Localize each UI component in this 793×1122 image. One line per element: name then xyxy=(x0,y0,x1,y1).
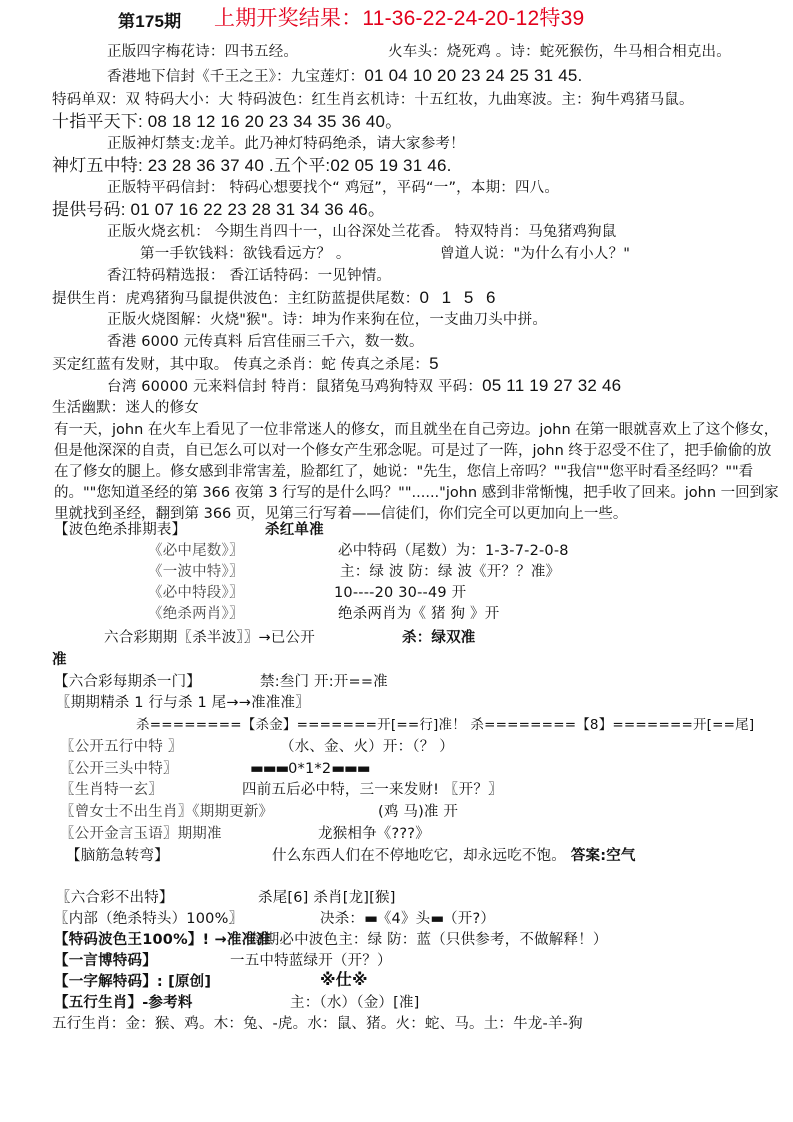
wave-row-label: 《绝杀两肖》〗 xyxy=(148,604,244,624)
plum-poem: 正版四字梅花诗：四书五经。 xyxy=(107,42,298,62)
wave-table-title: 【波色绝杀排期表】 xyxy=(54,520,186,540)
last-result-label: 上期开奖结果： xyxy=(214,7,362,30)
block-bars-icon: ▬▬▬ xyxy=(250,761,288,777)
wave-row-value: 10----20 30--49 开 xyxy=(334,583,466,603)
kill-door-label: 【六合彩每期杀一门】 xyxy=(54,672,201,692)
public-label: 〖公开金言玉语〗期期准 xyxy=(60,824,222,844)
kill-half-verdict-tail: 准 xyxy=(52,650,67,670)
inside-label: 〖内部（绝杀特头）100%〗 xyxy=(54,909,243,929)
public-value: 四前五后必中特，三一来发财! 〖开？〗 xyxy=(242,780,503,800)
ten-fingers-label: 十指平天下: xyxy=(52,112,143,131)
ten-fingers: 十指平天下: 08 18 12 16 20 23 34 35 36 40。 xyxy=(52,112,402,133)
last-result: 上期开奖结果：11-36-22-24-20-12特39 xyxy=(214,9,584,29)
public-label: 〖生肖特一玄〗 xyxy=(60,780,163,800)
fire-mystery: 正版火烧玄机： 今期生肖四十一，山谷深处兰花香。 特双特肖：马兔猪鸡狗鼠 xyxy=(107,222,616,242)
public-value: (鸡 马)准 开 xyxy=(378,802,458,822)
special-attributes: 特码单双：双 特码大小：大 特码波色：红生肖玄机诗：十五红妆，九曲寒波。主：狗牛… xyxy=(52,90,694,110)
no-special-label: 〖六合彩不出特】 xyxy=(56,888,174,908)
hk-envelope-label: 香港地下信封《千王之王》：九宝莲灯： xyxy=(107,69,364,85)
kill-row-value: 杀========【杀金】=======开[==行]准！ 杀========【8… xyxy=(136,715,754,735)
five-elements-list: 五行生肖：金：猴、鸡。木：兔、-虎。水：鼠、猪。火：蛇、马。土：牛龙-羊-狗 xyxy=(52,1014,583,1034)
riddle-question: 什么东西人们在不停地吃它，却永远吃不饱。 答案:空气 xyxy=(272,846,636,866)
five-elements-label: 【五行生肖】-参考料 xyxy=(54,993,193,1013)
humor-story: 有一天，john 在火车上看见了一位非常迷人的修女，而且就坐在自己旁边。john… xyxy=(54,420,784,525)
provided-zodiac-label: 提供生肖：虎鸡猪狗马鼠提供波色：主红防蓝提供尾数： xyxy=(52,291,420,307)
public-value: ▬▬▬0*1*2▬▬▬ xyxy=(250,759,369,779)
provided-zodiac: 提供生肖：虎鸡猪狗马鼠提供波色：主红防蓝提供尾数：0 1 5 6 xyxy=(52,288,500,309)
provided-numbers-values: 01 07 16 22 23 28 31 34 36 46。 xyxy=(131,200,386,219)
kill-half-verdict: 杀：绿双准 xyxy=(402,628,476,648)
lamp-ban: 正版神灯禁支:龙羊。此乃神灯特码绝杀，请大家参考！ xyxy=(107,134,465,154)
first-hand: 第一手钦钱料：欲钱看远方？ 。 xyxy=(140,244,351,264)
issue-number: 第175期 xyxy=(118,12,181,32)
wave-row-value: 主：绿 波 防：绿 波《开？？准》 xyxy=(340,562,560,582)
one-word-value: 一五中特蓝绿开（开？） xyxy=(230,951,392,971)
humor-title: 生活幽默：迷人的修女 xyxy=(52,398,199,418)
riddle-label: 【脑筋急转弯】 xyxy=(66,846,169,866)
wave-table-verdict: 杀红单准 xyxy=(265,520,324,540)
block-bars-icon: ▬▬▬ xyxy=(331,761,369,777)
inside-value-post: （开?） xyxy=(443,911,495,927)
riddle-answer: 答案:空气 xyxy=(571,848,636,864)
fax-kill: 买定红蓝有发财，其中取。 传真之杀肖：蛇 传真之杀尾：5 xyxy=(52,354,439,375)
hk-special: 香江特码精选报： 香江话特码：一见钟情。 xyxy=(107,266,391,286)
one-char-label: 【一字解特码】: [原创] xyxy=(54,972,211,992)
flat-envelope: 正版特平码信封： 特码心想要找个“ 鸡冠”，平码“一”，本期：四八。 xyxy=(107,178,559,198)
fax-kill-tail: 5 xyxy=(429,354,439,373)
kill-half-label: 六合彩期期〖杀半波〗〗→已公开 xyxy=(104,628,315,648)
lamp-five: 神灯五中特: 23 28 36 37 40 .五个平:02 05 19 31 4… xyxy=(52,156,452,177)
public-value: （水、金、火）开：（？ ） xyxy=(280,737,454,757)
fax-kill-label: 买定红蓝有发财，其中取。 传真之杀肖：蛇 传真之杀尾： xyxy=(52,357,429,373)
public-value: 龙猴相争《???》 xyxy=(318,824,430,844)
wave-row-value: 绝杀两肖为《 猪 狗 》开 xyxy=(338,604,499,624)
public-label: 〖曾女士不出生肖〗《期期更新》 xyxy=(60,802,273,822)
wave-row-label: 《一波中特》〗 xyxy=(148,562,244,582)
one-char-value: ※仕※ xyxy=(320,970,368,990)
three-head-value: 0*1*2 xyxy=(288,761,331,777)
taoist-says: 曾道人说："为什么有小人？" xyxy=(440,244,630,264)
kill-row-label: 〖期期精杀 1 行与杀 1 尾→→准准准〗 xyxy=(56,693,310,713)
public-label: 〖公开三头中特〗 xyxy=(60,759,178,779)
kill-door-value: 禁:叁门 开:开==准 xyxy=(260,672,388,692)
provided-numbers: 提供号码: 01 07 16 22 23 28 31 34 36 46。 xyxy=(52,200,385,221)
five-elements-value: 主：（水）（金）[准] xyxy=(290,993,420,1013)
block-bar-icon: ▬ xyxy=(364,911,377,927)
lamp-five-numbers: 23 28 36 37 40 .五个平:02 05 19 31 46. xyxy=(148,156,452,175)
block-bar-icon: ▬ xyxy=(430,911,443,927)
wave-king-label: 【特码波色王100%】! →准准准 xyxy=(54,930,271,950)
taiwan-envelope-numbers: 05 11 19 27 32 46 xyxy=(482,376,621,395)
last-result-numbers: 11-36-22-24-20-12特39 xyxy=(362,7,584,30)
public-label: 〖公开五行中特 〗 xyxy=(60,737,182,757)
provided-numbers-label: 提供号码: xyxy=(52,200,126,219)
taiwan-envelope-label: 台湾 60000 元来料信封 特肖：鼠猪兔马鸡狗特双 平码： xyxy=(107,379,482,395)
taiwan-envelope: 台湾 60000 元来料信封 特肖：鼠猪兔马鸡狗特双 平码：05 11 19 2… xyxy=(107,376,621,397)
wave-row-label: 《必中尾数》〗 xyxy=(148,541,244,561)
hk-envelope-numbers: 01 04 10 20 23 24 25 31 45. xyxy=(364,66,582,85)
riddle-question-text: 什么东西人们在不停地吃它，却永远吃不饱。 xyxy=(272,848,566,864)
no-special-value: 杀尾[6] 杀肖[龙][猴] xyxy=(258,888,396,908)
provided-tail-numbers: 0 1 5 6 xyxy=(420,288,500,307)
lamp-five-label: 神灯五中特: xyxy=(52,156,143,175)
inside-value-mid: 《4》头 xyxy=(377,911,431,927)
hk-fax: 香港 6000 元传真料 后宫佳丽三千六，数一数。 xyxy=(107,332,424,352)
train-head: 火车头：烧死鸡 。诗：蛇死猴伤，牛马相合相克出。 xyxy=(388,42,731,62)
wave-row-label: 《必中特段》〗 xyxy=(148,583,244,603)
inside-value: 决杀：▬《4》头▬（开?） xyxy=(320,909,495,929)
wave-king-value: 每期必中波色主：绿 防：蓝（只供参考，不做解释！） xyxy=(250,930,608,950)
hk-envelope: 香港地下信封《千王之王》：九宝莲灯：01 04 10 20 23 24 25 3… xyxy=(107,66,582,87)
inside-value-pre: 决杀： xyxy=(320,911,364,927)
wave-row-value: 必中特码（尾数）为：1-3-7-2-0-8 xyxy=(338,541,569,561)
one-word-label: 【一言博特码】 xyxy=(54,951,157,971)
ten-fingers-numbers: 08 18 12 16 20 23 34 35 36 40。 xyxy=(148,112,403,131)
fire-diagram: 正版火烧图解：火烧"猴"。诗：坤为作来狗在位，一支曲刀头中拼。 xyxy=(107,310,547,330)
